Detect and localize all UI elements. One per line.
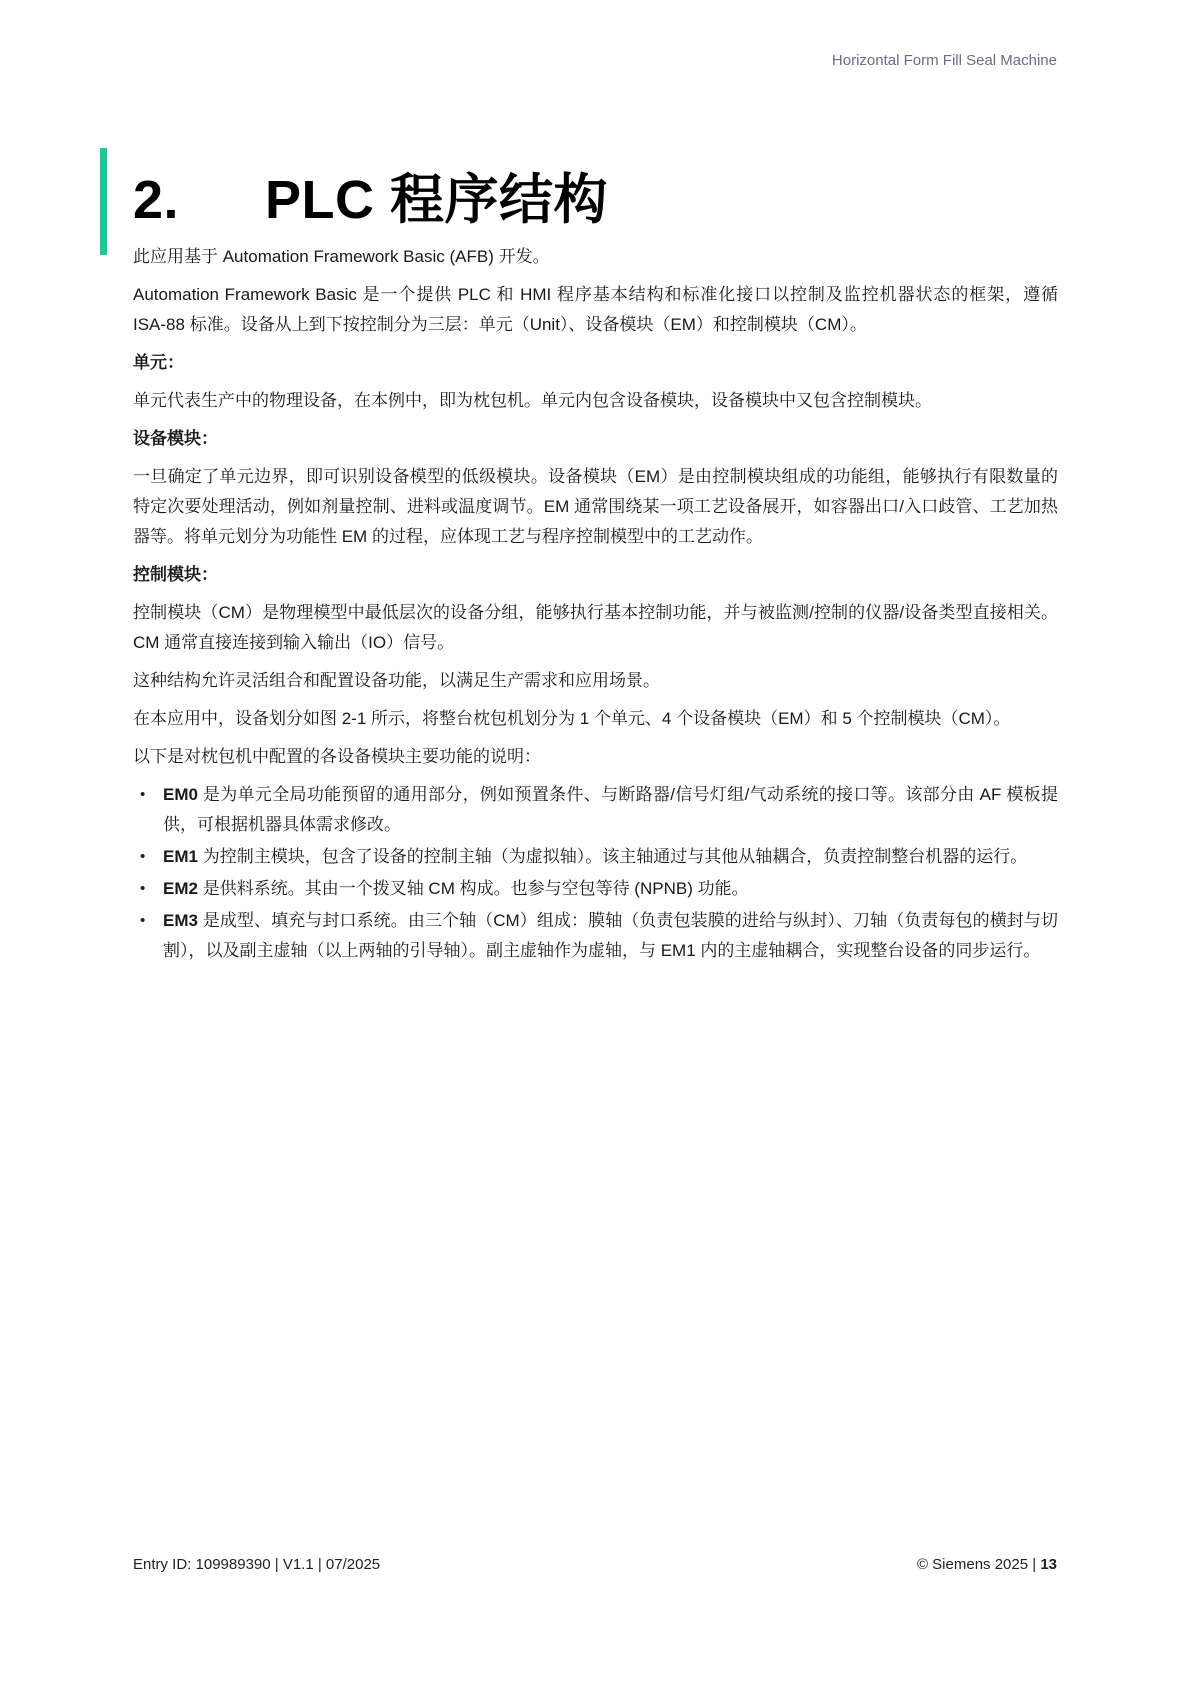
body-content: 此应用基于 Automation Framework Basic (AFB) 开…: [133, 242, 1058, 968]
chapter-title: 2.PLC 程序结构: [100, 146, 1057, 254]
document-page: Horizontal Form Fill Seal Machine 2.PLC …: [0, 0, 1190, 1683]
intro-paragraph: 此应用基于 Automation Framework Basic (AFB) 开…: [133, 242, 1058, 272]
chapter-accent-bar: [100, 148, 107, 255]
section-heading-control-module: 控制模块：: [133, 560, 1058, 590]
closing-paragraph: 这种结构允许灵活组合和配置设备功能，以满足生产需求和应用场景。: [133, 666, 1058, 696]
intro-paragraph: Automation Framework Basic 是一个提供 PLC 和 H…: [133, 280, 1058, 340]
bullet-icon: •: [133, 906, 163, 966]
section-body-equipment-module: 一旦确定了单元边界，即可识别设备模型的低级模块。设备模块（EM）是由控制模块组成…: [133, 462, 1058, 552]
bullet-icon: •: [133, 780, 163, 840]
bullet-label-em3: EM3: [163, 911, 198, 930]
footer-copyright-text: © Siemens 2025 |: [917, 1556, 1040, 1573]
header-doc-title: Horizontal Form Fill Seal Machine: [832, 52, 1057, 69]
bullet-icon: •: [133, 874, 163, 904]
bullet-text: EM2 是供料系统。其由一个拨叉轴 CM 构成。也参与空包等待 (NPNB) 功…: [163, 874, 1058, 904]
chapter-number: 2.: [133, 146, 265, 254]
bullet-label-em1: EM1: [163, 847, 198, 866]
em-bullet-list: • EM0 是为单元全局功能预留的通用部分，例如预置条件、与断路器/信号灯组/气…: [133, 780, 1058, 966]
bullet-text: EM3 是成型、填充与封口系统。由三个轴（CM）组成：膜轴（负责包装膜的进给与纵…: [163, 906, 1058, 966]
closing-paragraph: 在本应用中，设备划分如图 2-1 所示，将整台枕包机划分为 1 个单元、4 个设…: [133, 704, 1058, 734]
section-body-unit: 单元代表生产中的物理设备，在本例中，即为枕包机。单元内包含设备模块，设备模块中又…: [133, 386, 1058, 416]
page-footer: Entry ID: 109989390 | V1.1 | 07/2025 © S…: [133, 1556, 1057, 1573]
section-heading-unit: 单元：: [133, 348, 1058, 378]
bullet-icon: •: [133, 842, 163, 872]
section-heading-equipment-module: 设备模块：: [133, 424, 1058, 454]
list-item-em1: • EM1 为控制主模块，包含了设备的控制主轴（为虚拟轴）。该主轴通过与其他从轴…: [133, 842, 1058, 872]
list-item-em3: • EM3 是成型、填充与封口系统。由三个轴（CM）组成：膜轴（负责包装膜的进给…: [133, 906, 1058, 966]
page-header: Horizontal Form Fill Seal Machine: [133, 52, 1057, 69]
bullet-label-em2: EM2: [163, 879, 198, 898]
chapter-title-block: 2.PLC 程序结构: [100, 146, 1057, 254]
footer-page-number: 13: [1040, 1556, 1057, 1573]
list-item-em0: • EM0 是为单元全局功能预留的通用部分，例如预置条件、与断路器/信号灯组/气…: [133, 780, 1058, 840]
bullet-description: 是为单元全局功能预留的通用部分，例如预置条件、与断路器/信号灯组/气动系统的接口…: [163, 785, 1058, 834]
section-body-control-module: 控制模块（CM）是物理模型中最低层次的设备分组，能够执行基本控制功能，并与被监测…: [133, 598, 1058, 658]
footer-entry-id: Entry ID: 109989390 | V1.1 | 07/2025: [133, 1556, 380, 1573]
list-item-em2: • EM2 是供料系统。其由一个拨叉轴 CM 构成。也参与空包等待 (NPNB)…: [133, 874, 1058, 904]
bullet-description: 是成型、填充与封口系统。由三个轴（CM）组成：膜轴（负责包装膜的进给与纵封）、刀…: [163, 911, 1058, 960]
bullet-text: EM1 为控制主模块，包含了设备的控制主轴（为虚拟轴）。该主轴通过与其他从轴耦合…: [163, 842, 1058, 872]
bullet-description: 为控制主模块，包含了设备的控制主轴（为虚拟轴）。该主轴通过与其他从轴耦合，负责控…: [198, 847, 1027, 866]
footer-copyright: © Siemens 2025 | 13: [917, 1556, 1057, 1573]
bullet-label-em0: EM0: [163, 785, 198, 804]
chapter-title-text: PLC 程序结构: [265, 170, 608, 230]
closing-paragraph: 以下是对枕包机中配置的各设备模块主要功能的说明：: [133, 742, 1058, 772]
bullet-description: 是供料系统。其由一个拨叉轴 CM 构成。也参与空包等待 (NPNB) 功能。: [198, 879, 749, 898]
bullet-text: EM0 是为单元全局功能预留的通用部分，例如预置条件、与断路器/信号灯组/气动系…: [163, 780, 1058, 840]
